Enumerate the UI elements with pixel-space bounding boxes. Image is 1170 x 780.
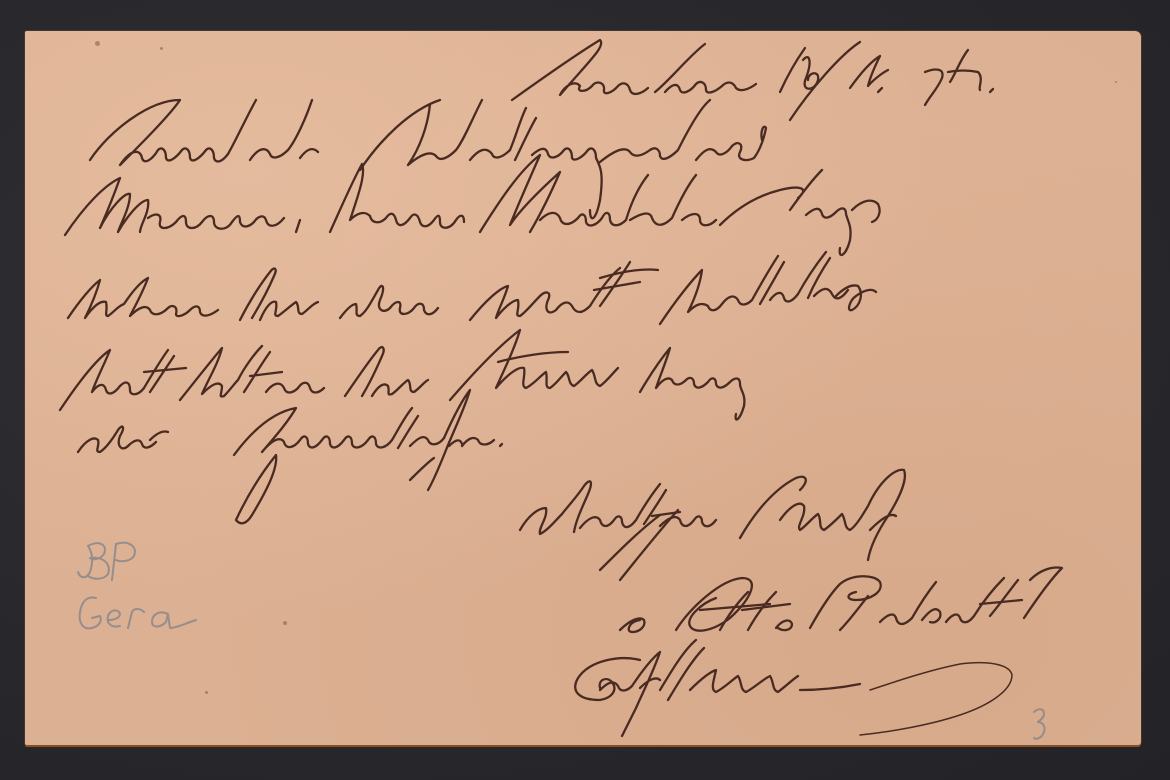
paper-speck xyxy=(1115,81,1117,83)
paper-speck xyxy=(205,691,208,694)
postcard xyxy=(25,31,1141,745)
paper-speck xyxy=(160,47,163,50)
paper-speck xyxy=(283,621,287,625)
paper-speck xyxy=(95,41,100,46)
